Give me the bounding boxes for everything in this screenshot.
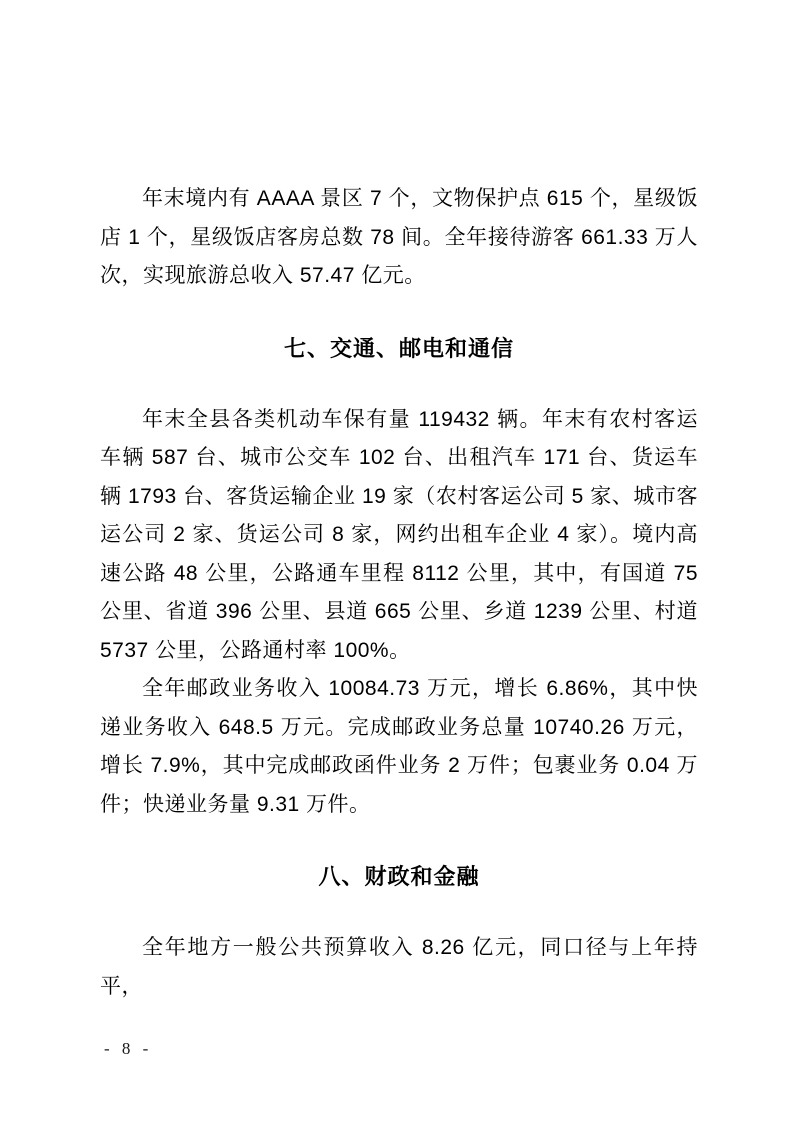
section-heading-finance: 八、财政和金融 xyxy=(100,862,698,892)
paragraph-public-budget: 全年地方一般公共预算收入 8.26 亿元，同口径与上年持平， xyxy=(100,929,698,1006)
document-page: 年末境内有 AAAA 景区 7 个，文物保护点 615 个，星级饭店 1 个，星… xyxy=(0,0,793,1122)
paragraph-postal-business: 全年邮政业务收入 10084.73 万元，增长 6.86%，其中快递业务收入 6… xyxy=(100,670,698,824)
paragraph-tourism: 年末境内有 AAAA 景区 7 个，文物保护点 615 个，星级饭店 1 个，星… xyxy=(100,180,698,296)
section-heading-transport-post-telecom: 七、交通、邮电和通信 xyxy=(100,334,698,364)
page-number: - 8 - xyxy=(104,1039,152,1059)
document-body: 年末境内有 AAAA 景区 7 个，文物保护点 615 个，星级饭店 1 个，星… xyxy=(100,0,698,1006)
paragraph-vehicles-and-roads: 年末全县各类机动车保有量 119432 辆。年末有农村客运车辆 587 台、城市… xyxy=(100,401,698,671)
